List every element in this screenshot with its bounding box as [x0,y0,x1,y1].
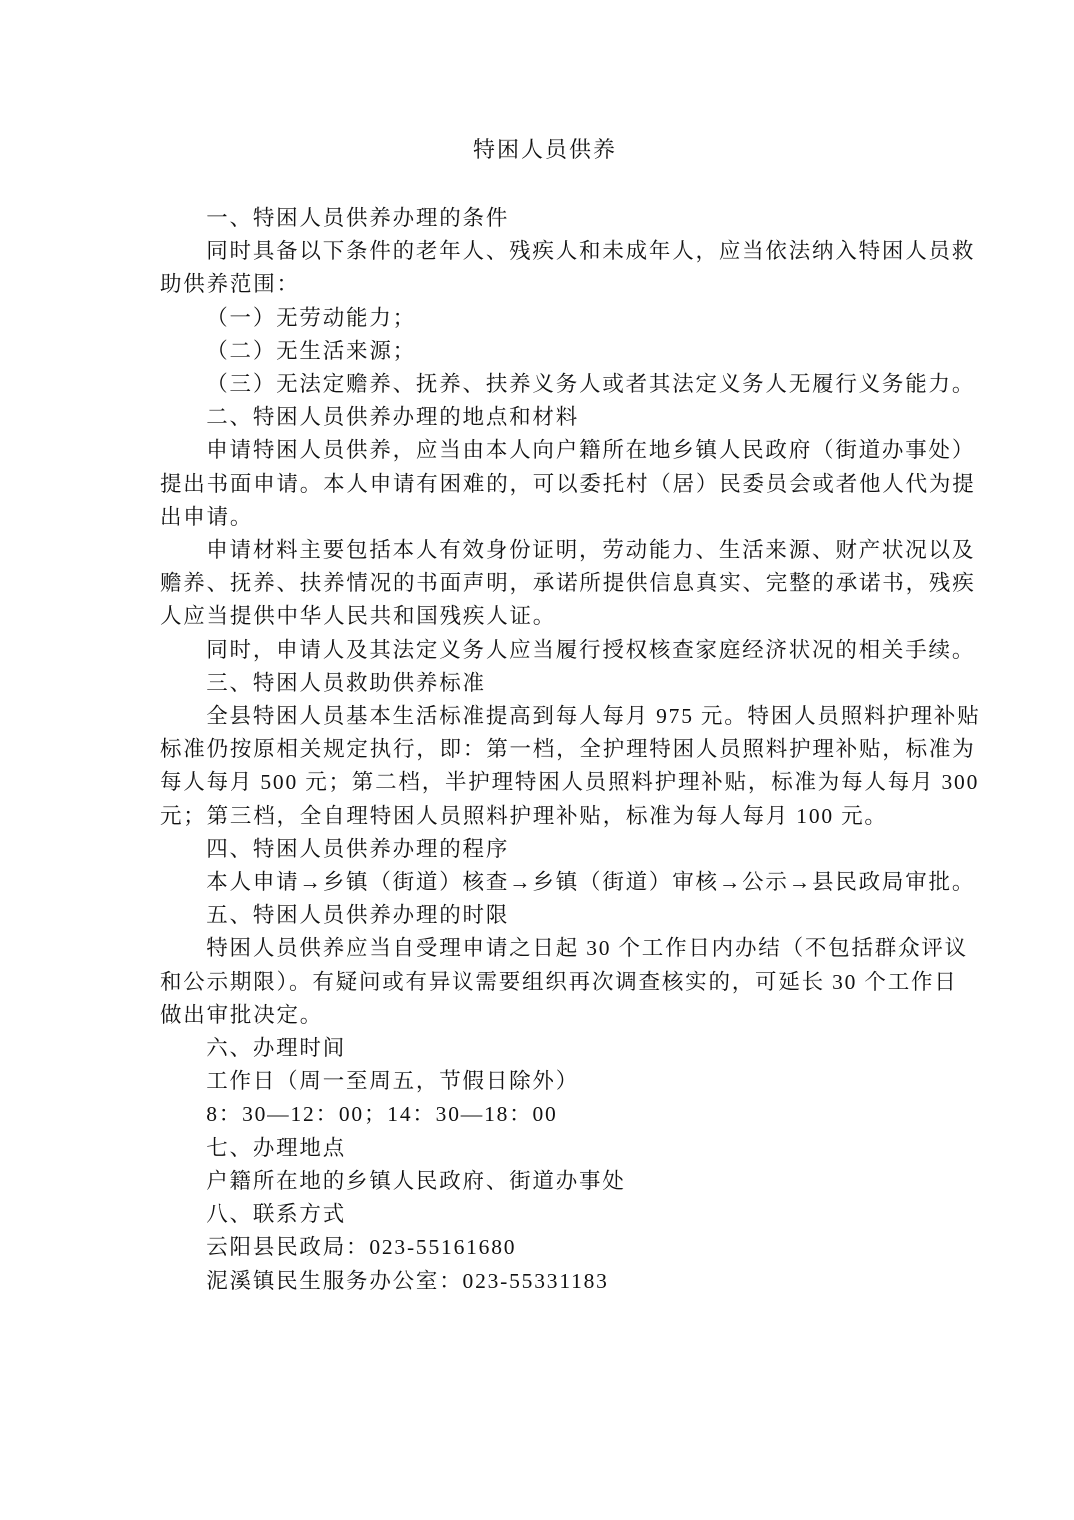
text-line: 人应当提供中华人民共和国残疾人证。 [160,600,930,633]
document-page: 特困人员供养 一、特困人员供养办理的条件同时具备以下条件的老年人、残疾人和未成年… [0,0,1074,1520]
text-line: 泥溪镇民生服务办公室：023-55331183 [160,1265,930,1298]
text-line: 二、特困人员供养办理的地点和材料 [160,401,930,434]
text-line: 做出审批决定。 [160,999,930,1032]
text-line: 同时，申请人及其法定义务人应当履行授权核查家庭经济状况的相关手续。 [160,634,930,667]
text-line: 助供养范围： [160,268,930,301]
text-line: 赡养、抚养、扶养情况的书面声明，承诺所提供信息真实、完整的承诺书，残疾 [160,567,930,600]
text-line: 8：30—12：00；14：30—18：00 [160,1098,930,1131]
text-line: 工作日（周一至周五，节假日除外） [160,1065,930,1098]
text-line: 每人每月 500 元；第二档，半护理特困人员照料护理补贴，标准为每人每月 300 [160,766,930,799]
document-title: 特困人员供养 [160,133,930,166]
text-line: 六、办理时间 [160,1032,930,1065]
document-body: 一、特困人员供养办理的条件同时具备以下条件的老年人、残疾人和未成年人，应当依法纳… [160,202,930,1298]
text-line: 标准仍按原相关规定执行，即：第一档，全护理特困人员照料护理补贴，标准为 [160,733,930,766]
text-line: 提出书面申请。本人申请有困难的，可以委托村（居）民委员会或者他人代为提 [160,468,930,501]
text-line: 同时具备以下条件的老年人、残疾人和未成年人，应当依法纳入特困人员救 [160,235,930,268]
text-line: 和公示期限）。有疑问或有异议需要组织再次调查核实的，可延长 30 个工作日 [160,966,930,999]
text-line: 四、特困人员供养办理的程序 [160,833,930,866]
text-line: 户籍所在地的乡镇人民政府、街道办事处 [160,1165,930,1198]
text-line: （二）无生活来源； [160,335,930,368]
text-line: 元；第三档，全自理特困人员照料护理补贴，标准为每人每月 100 元。 [160,800,930,833]
text-line: （三）无法定赡养、抚养、扶养义务人或者其法定义务人无履行义务能力。 [160,368,930,401]
text-line: 一、特困人员供养办理的条件 [160,202,930,235]
text-line: 出申请。 [160,501,930,534]
text-line: 申请材料主要包括本人有效身份证明，劳动能力、生活来源、财产状况以及 [160,534,930,567]
text-line: （一）无劳动能力； [160,302,930,335]
text-line: 全县特困人员基本生活标准提高到每人每月 975 元。特困人员照料护理补贴 [160,700,930,733]
text-line: 八、联系方式 [160,1198,930,1231]
text-line: 五、特困人员供养办理的时限 [160,899,930,932]
text-line: 七、办理地点 [160,1132,930,1165]
text-line: 本人申请→乡镇（街道）核查→乡镇（街道）审核→公示→县民政局审批。 [160,866,930,899]
text-line: 申请特困人员供养，应当由本人向户籍所在地乡镇人民政府（街道办事处） [160,434,930,467]
text-line: 云阳县民政局：023-55161680 [160,1231,930,1264]
text-line: 三、特困人员救助供养标准 [160,667,930,700]
text-line: 特困人员供养应当自受理申请之日起 30 个工作日内办结（不包括群众评议 [160,932,930,965]
